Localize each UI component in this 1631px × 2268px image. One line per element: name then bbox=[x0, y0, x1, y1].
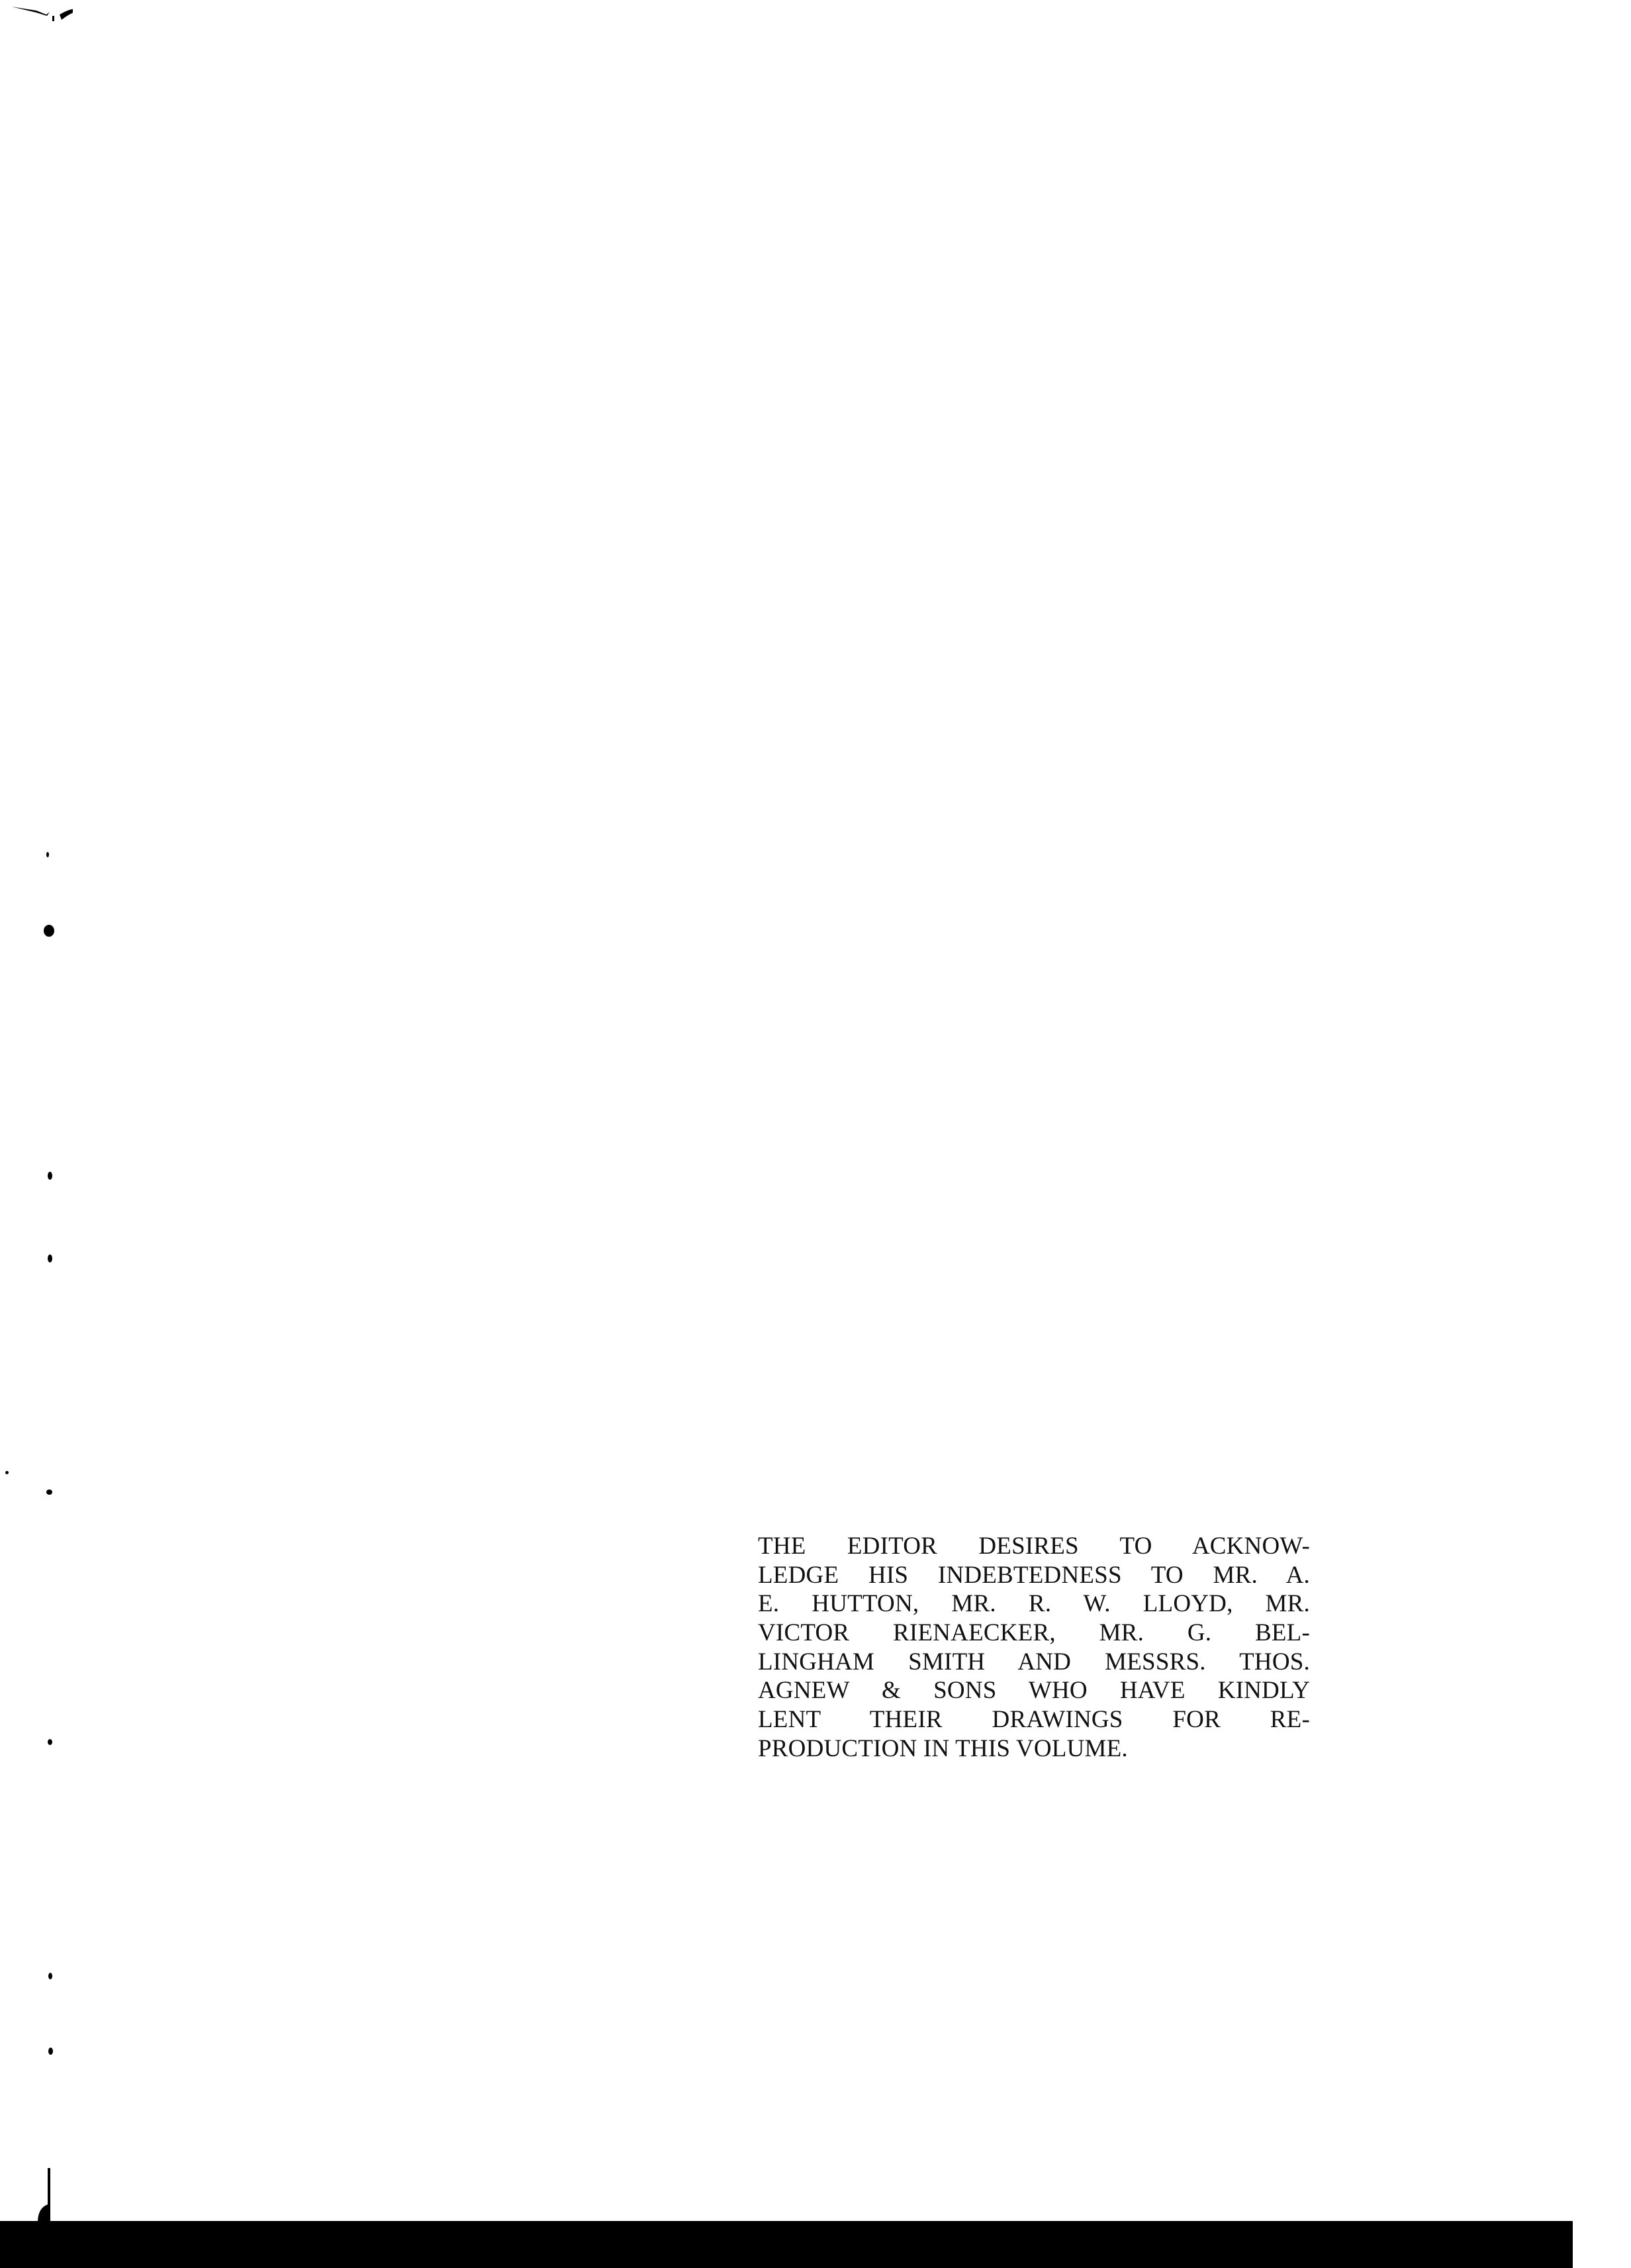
binding-hole-speck bbox=[48, 2048, 53, 2055]
scanned-page: THE EDITOR DESIRES TO ACKNOW- LEDGE HIS … bbox=[0, 0, 1631, 2268]
scan-edge-black-bar bbox=[0, 2221, 1573, 2268]
acknowledgement-line: THE EDITOR DESIRES TO ACKNOW- bbox=[758, 1532, 1310, 1561]
acknowledgement-line: PRODUCTION IN THIS VOLUME. bbox=[758, 1734, 1310, 1764]
scan-artifact-mark bbox=[10, 3, 73, 23]
acknowledgement-line: LENT THEIR DRAWINGS FOR RE- bbox=[758, 1705, 1310, 1734]
binding-hole-speck bbox=[5, 1471, 9, 1474]
acknowledgement-line: LEDGE HIS INDEBTEDNESS TO MR. A. bbox=[758, 1561, 1310, 1590]
scan-artifact-mark bbox=[37, 2168, 57, 2224]
binding-hole-speck bbox=[48, 1739, 52, 1745]
binding-hole-speck bbox=[48, 1254, 52, 1262]
binding-hole-speck bbox=[48, 1172, 52, 1180]
binding-hole-speck bbox=[44, 925, 54, 937]
binding-hole-speck bbox=[48, 1973, 52, 1979]
acknowledgement-paragraph: THE EDITOR DESIRES TO ACKNOW- LEDGE HIS … bbox=[758, 1532, 1310, 1764]
acknowledgement-line: VICTOR RIENAECKER, MR. G. BEL- bbox=[758, 1619, 1310, 1648]
binding-hole-speck bbox=[46, 852, 49, 857]
acknowledgement-line: LINGHAM SMITH AND MESSRS. THOS. bbox=[758, 1648, 1310, 1677]
acknowledgement-line: E. HUTTON, MR. R. W. LLOYD, MR. bbox=[758, 1589, 1310, 1619]
acknowledgement-line: AGNEW & SONS WHO HAVE KINDLY bbox=[758, 1676, 1310, 1705]
binding-hole-speck bbox=[46, 1489, 52, 1495]
